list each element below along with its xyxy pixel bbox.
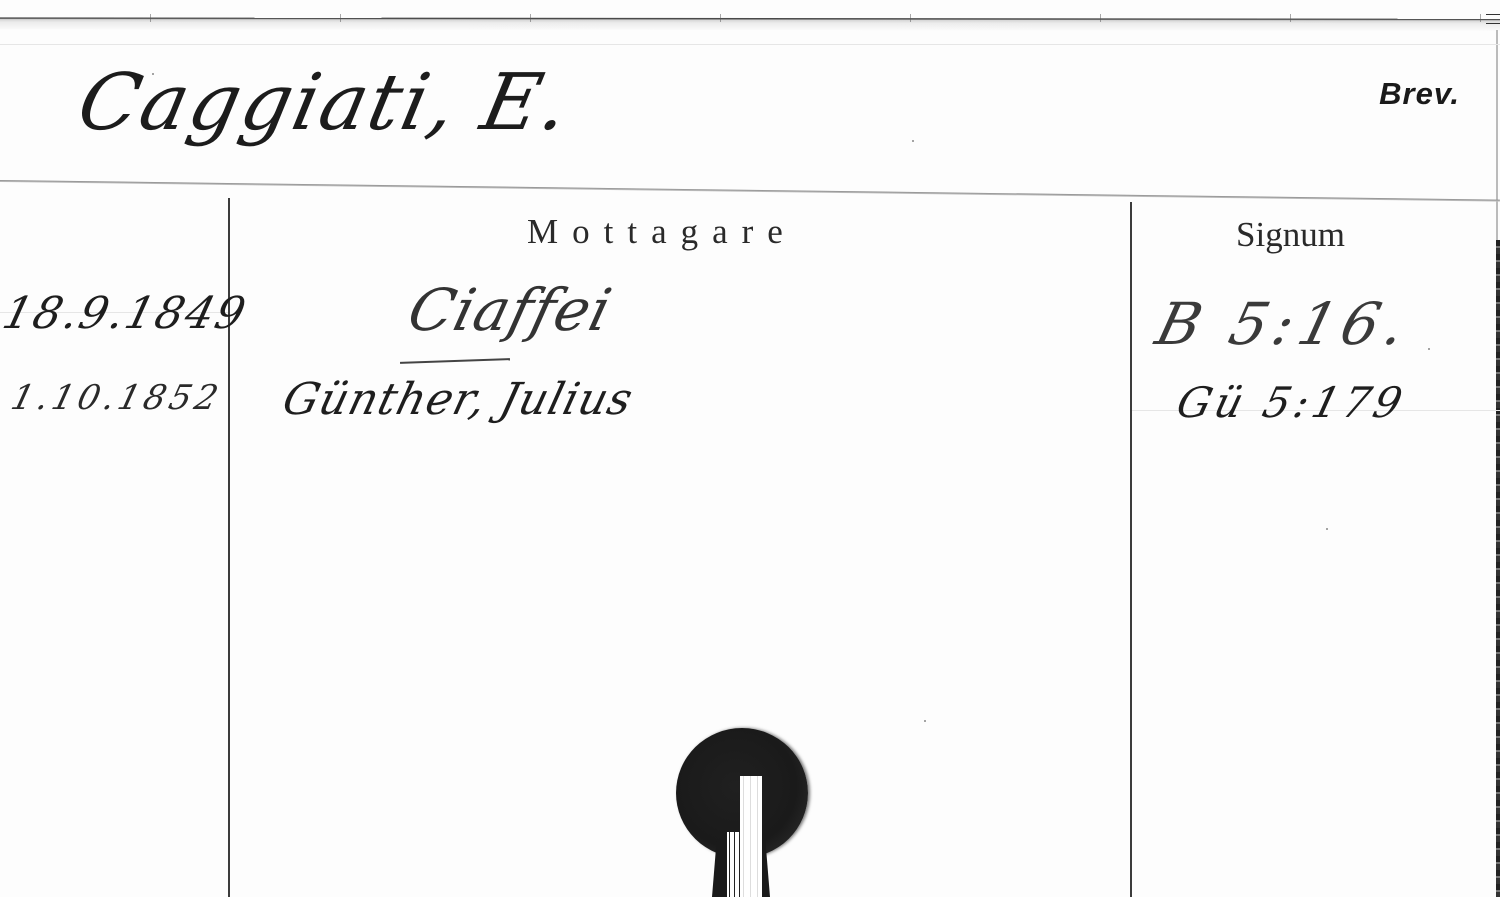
scan-band xyxy=(0,44,1500,45)
scan-speck xyxy=(924,720,926,722)
card-right-edge-upper xyxy=(1496,30,1498,240)
scan-speck xyxy=(912,140,914,142)
card-right-edge xyxy=(1496,240,1500,897)
scan-tick-marks xyxy=(0,14,1500,22)
punch-hole-scan-artifact xyxy=(740,776,762,897)
scan-speck xyxy=(1428,348,1430,350)
entry-date: 18.9.1849 xyxy=(0,288,252,339)
entry-signum: Gü 5:179 xyxy=(1172,378,1411,427)
card-type-label: Brev. xyxy=(1379,76,1460,112)
card-heading-name: Caggiati, E. xyxy=(70,58,578,148)
scan-speck xyxy=(1326,528,1328,530)
entry-signum: B 5:16. xyxy=(1150,290,1419,358)
column-divider-signum xyxy=(1130,202,1132,897)
header-divider-line xyxy=(0,180,1500,202)
column-heading-signum: Signum xyxy=(1236,215,1345,255)
index-card: Caggiati, E. Brev. Mottagare Signum 18.9… xyxy=(0,0,1500,897)
scan-corner-mark xyxy=(1486,14,1500,24)
scan-speck xyxy=(152,73,154,75)
entry-recipient: Günther, Julius xyxy=(278,374,639,425)
recipient-underline xyxy=(400,358,510,364)
punch-hole-scan-artifact xyxy=(727,832,741,897)
column-heading-recipient: Mottagare xyxy=(527,212,797,252)
entry-recipient: Ciaffei xyxy=(402,276,619,344)
entry-date: 1.10.1852 xyxy=(7,378,226,418)
